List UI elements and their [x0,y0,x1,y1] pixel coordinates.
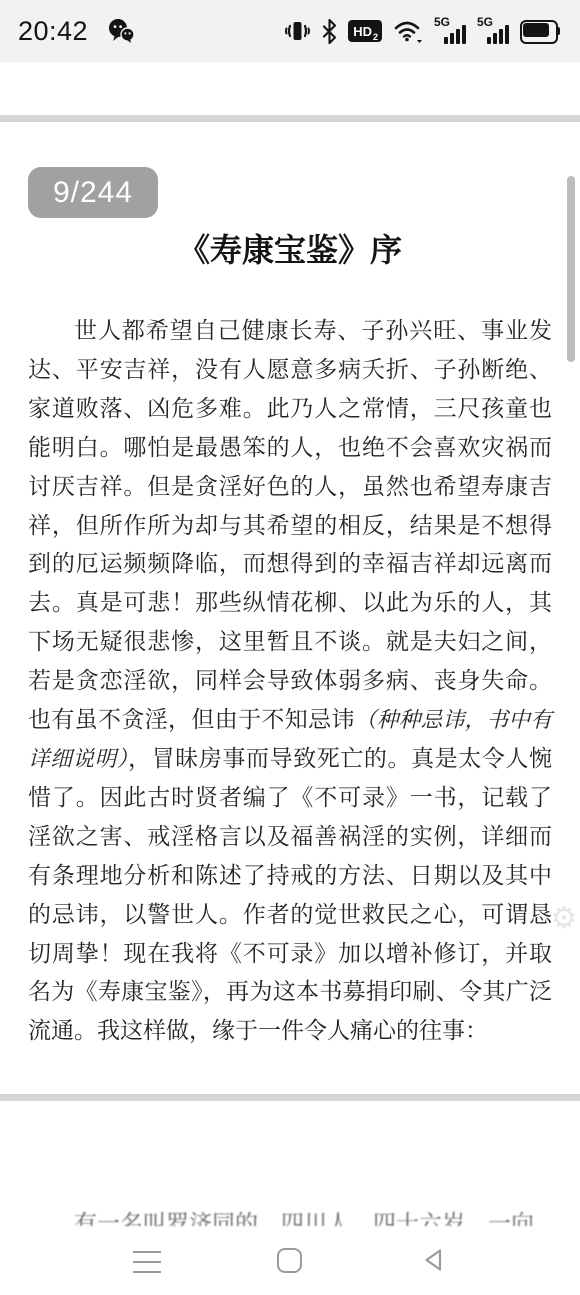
page-divider-bottom [0,1094,580,1101]
wifi-icon [393,19,423,44]
signal-bars [444,25,466,44]
next-page-partial-line: 有一名叫罗济同的，四川人，四十六岁，一向在上海做 [28,1209,552,1226]
reader-screen: 20:42 [0,0,580,1295]
status-bar: 20:42 [0,0,580,62]
paragraph-text: 世人都希望自己健康长寿、子孙兴旺、事业发达、平安吉祥，没有人愿意多病夭折、子孙断… [28,318,552,732]
clock: 20:42 [18,16,88,47]
bluetooth-icon [322,19,337,44]
battery-icon [520,20,562,42]
page-indicator-badge: 9/244 [28,167,158,218]
signal-strength-icon-sim1: 5G [434,17,466,45]
back-icon[interactable] [421,1247,447,1278]
home-icon[interactable] [277,1248,302,1273]
paragraph-text-continued: ，冒昧房事而导致死亡的。真是太令人惋惜了。因此古时贤者编了《不可录》一书，记载了… [28,746,552,1043]
page-indicator-text: 9/244 [53,176,133,210]
hd-volte-badge: HD 2 [348,20,382,42]
floating-gear-icon[interactable]: ⚙ [548,901,580,937]
body-paragraph: 世人都希望自己健康长寿、子孙兴旺、事业发达、平安吉祥，没有人愿意多病夭折、子孙断… [28,312,552,1051]
signal-strength-icon-sim2: 5G [477,17,509,45]
signal-bars [487,25,509,44]
vibrate-icon [284,18,311,44]
wechat-notification-icon [106,18,136,44]
page-divider-top [0,115,580,122]
android-nav-bar [0,1238,580,1295]
menu-icon[interactable] [133,1247,161,1281]
scrollbar-thumb[interactable] [567,176,575,362]
chapter-title: 《寿康宝鉴》序 [0,225,580,271]
